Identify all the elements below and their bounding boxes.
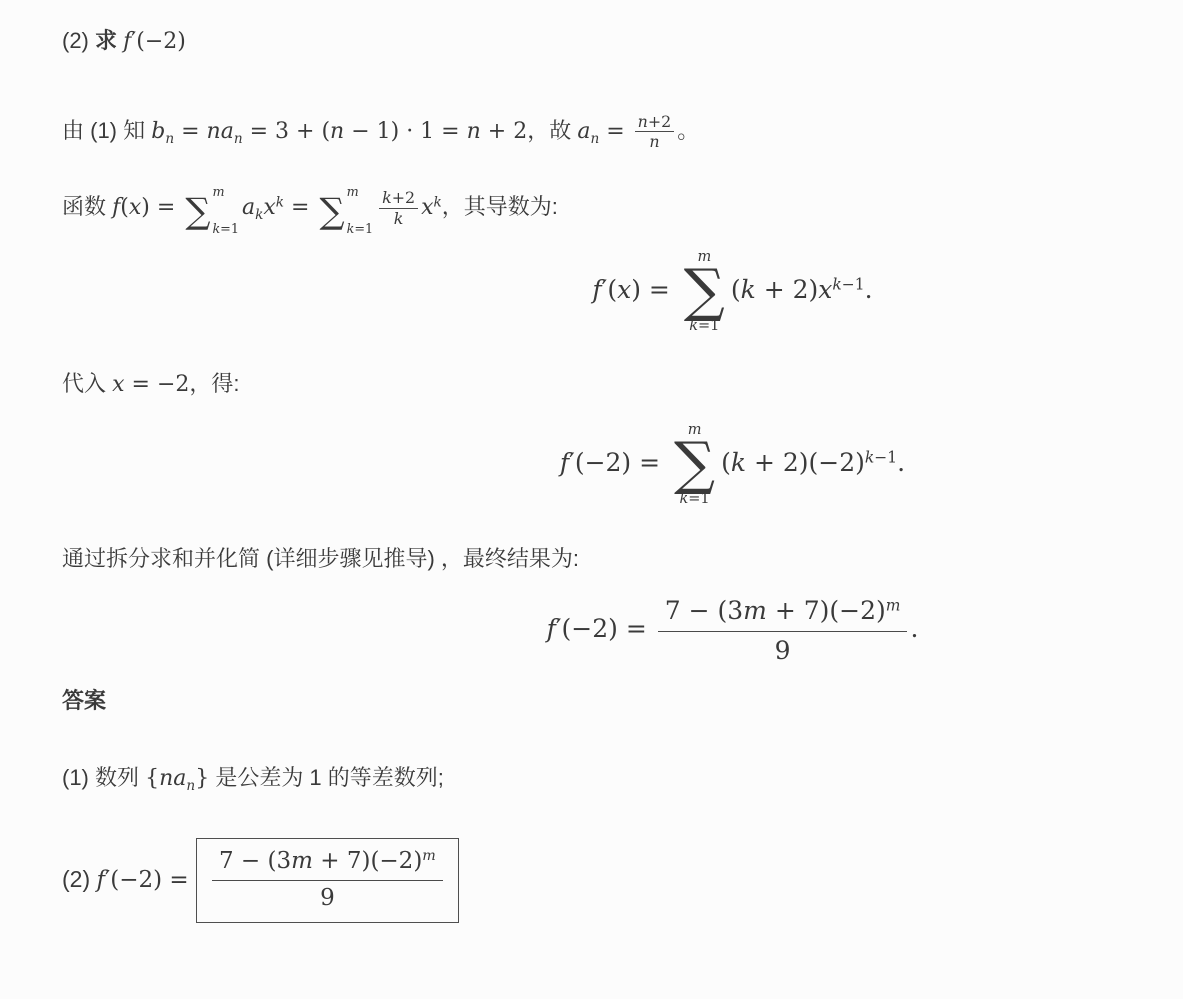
- sigma-icon: ∑: [185, 194, 210, 229]
- math-token: k: [832, 276, 841, 294]
- formula-lhs: f′(x) =: [592, 276, 677, 304]
- inline-sum-2: ∑mk=1: [319, 185, 373, 239]
- math-token: m: [291, 848, 313, 874]
- fraction-denominator: 9: [212, 881, 443, 913]
- math-token: a: [242, 195, 255, 220]
- math-token: ′(−2): [131, 29, 186, 54]
- math-token: na: [207, 119, 234, 144]
- math-token: +2: [648, 112, 671, 131]
- function-definition-mid2: xk: [421, 194, 442, 219]
- fraction-numerator: n+2: [635, 113, 675, 133]
- sigma-icon: ∑: [674, 438, 715, 491]
- math-token: ′(: [602, 275, 617, 304]
- sigma-icon: ∑: [684, 265, 725, 318]
- math-token: =1: [354, 222, 373, 237]
- math-token: f: [97, 867, 106, 893]
- fraction-denominator: k: [379, 209, 418, 228]
- math-token: k: [689, 318, 698, 334]
- math-token: 7 − (3: [219, 848, 291, 874]
- sum-limits: mk=1: [347, 185, 374, 239]
- math-token: (2): [62, 866, 97, 892]
- math-token: f: [560, 448, 569, 477]
- math-token: x: [263, 195, 275, 220]
- math-token: =1: [698, 318, 719, 334]
- fraction-denominator: n: [635, 132, 675, 151]
- solution-document: { "colors": { "background": "#fcfcfc", "…: [0, 0, 1183, 999]
- math-token: x: [112, 372, 124, 397]
- math-token: x: [421, 195, 433, 220]
- math-token: + 7)(−2): [313, 848, 422, 874]
- sigma-icon: ∑: [319, 194, 344, 229]
- display-sum: m∑k=1: [684, 249, 725, 335]
- step-bn-derivation-line: 由 (1) 知 bn = nan = 3 + (n − 1) · 1 = n +…: [62, 113, 1183, 151]
- math-token: k: [382, 188, 392, 207]
- inline-sum-1: ∑mk=1: [185, 185, 239, 239]
- math-token: a: [577, 119, 590, 144]
- simplify-note-text: 通过拆分求和并化简 (详细步骤见推导) ，最终结果为:: [62, 546, 579, 571]
- sum-lower-limit: k=1: [679, 491, 709, 508]
- fprime-result-formula: f′(−2) = 7 − (3m + 7)(−2)m9.: [62, 596, 1183, 666]
- result-fraction: 7 − (3m + 7)(−2)m9: [658, 596, 908, 666]
- math-token: =1: [220, 222, 239, 237]
- math-token: 代入: [62, 371, 112, 396]
- math-token: m: [212, 185, 224, 200]
- math-token: ′(−2) =: [556, 614, 655, 643]
- formula-rhs: (k + 2)xk−1.: [731, 276, 873, 304]
- math-token: f: [547, 614, 556, 643]
- derivative-formula: f′(x) = m∑k=1(k + 2)xk−1.: [62, 249, 1183, 335]
- function-definition-mid: akxk =: [242, 194, 317, 219]
- fraction-numerator: 7 − (3m + 7)(−2)m: [658, 596, 908, 632]
- simplify-note-line: 通过拆分求和并化简 (详细步骤见推导) ，最终结果为:: [62, 544, 1183, 574]
- formula-lhs: f′(−2) =: [560, 449, 668, 477]
- math-token: .: [865, 275, 873, 304]
- math-token: ) =: [631, 275, 678, 304]
- math-token: x: [818, 275, 832, 304]
- math-token: =: [599, 119, 631, 144]
- math-token: n: [234, 131, 243, 147]
- math-token: + 2: [481, 119, 527, 144]
- math-token: m: [743, 596, 767, 625]
- answer-1-line: (1) 数列 {nan} 是公差为 1 的等差数列;: [62, 763, 1183, 796]
- math-token: n: [590, 131, 599, 147]
- math-token: k: [865, 449, 874, 467]
- math-token: ，得:: [189, 371, 239, 396]
- math-token: k: [394, 209, 404, 228]
- sum-upper-limit: m: [347, 187, 374, 200]
- math-token: =: [174, 119, 206, 144]
- math-token: 由 (1) 知: [62, 118, 151, 143]
- math-token: m: [886, 596, 901, 614]
- boxed-answer: 7 − (3m + 7)(−2)m9: [196, 838, 459, 923]
- bn-derivation-text: 由 (1) 知 bn = nan = 3 + (n − 1) · 1 = n +…: [62, 118, 632, 143]
- math-token: k: [433, 195, 441, 211]
- math-token: k: [212, 222, 220, 237]
- math-token: }: [195, 766, 209, 791]
- math-token: .: [897, 448, 905, 477]
- sum-lower-limit: k=1: [212, 224, 239, 237]
- formula-period: .: [910, 615, 918, 643]
- an-fraction: n+2n: [635, 113, 675, 151]
- sum-lower-limit: k=1: [347, 224, 374, 237]
- math-token: (: [721, 448, 731, 477]
- math-token: +2: [392, 188, 415, 207]
- math-token: 求: [95, 28, 117, 53]
- math-token: k: [276, 195, 284, 211]
- math-token: n: [165, 131, 174, 147]
- function-definition-start: 函数 f(x) =: [62, 194, 182, 219]
- sum-upper-limit: m: [212, 187, 239, 200]
- math-token: + 2)(−2): [746, 448, 865, 477]
- math-token: + 2): [756, 275, 819, 304]
- math-token: (: [120, 195, 129, 220]
- formula-lhs: f′(−2) =: [547, 615, 655, 643]
- math-token: .: [910, 614, 918, 643]
- answer-2-line: (2) f′(−2) = 7 − (3m + 7)(−2)m9: [62, 838, 1183, 923]
- math-token: (2): [62, 28, 95, 53]
- math-token: + 7)(−2): [767, 596, 886, 625]
- math-token: ，故: [527, 118, 577, 143]
- math-token: n: [186, 778, 195, 794]
- fprime-sum-formula: f′(−2) = m∑k=1(k + 2)(−2)k−1.: [62, 422, 1183, 508]
- math-token: (1) 数列: [62, 765, 145, 790]
- math-token: =1: [688, 491, 709, 507]
- part2-question-line: (2) 求 f′(−2): [62, 26, 1183, 57]
- math-token: n: [638, 112, 648, 131]
- math-token: −1: [842, 276, 865, 294]
- part2-question-text: (2) 求 f′(−2): [62, 28, 186, 53]
- math-token: 9: [320, 885, 335, 911]
- answer-1-text: (1) 数列 {nan} 是公差为 1 的等差数列;: [62, 765, 444, 790]
- math-token: m: [422, 848, 436, 864]
- math-token: − 1) · 1 =: [344, 119, 466, 144]
- math-token: = −2: [125, 372, 190, 397]
- math-token: k: [731, 448, 746, 477]
- math-token: m: [347, 185, 359, 200]
- display-sum: m∑k=1: [674, 422, 715, 508]
- math-token: {: [145, 766, 159, 791]
- bn-derivation-end: 。: [677, 118, 699, 143]
- math-token: ) =: [141, 195, 182, 220]
- math-token: (: [731, 275, 741, 304]
- math-token: 7 − (3: [665, 596, 743, 625]
- function-definition-end: ，其导数为:: [442, 194, 558, 219]
- math-token: b: [151, 119, 165, 144]
- math-token: =: [284, 195, 316, 220]
- math-token: ，其导数为:: [442, 194, 558, 219]
- result-fraction: 7 − (3m + 7)(−2)m9: [212, 848, 443, 913]
- math-token: n: [467, 119, 481, 144]
- math-token: 函数: [62, 194, 112, 219]
- math-token: x: [129, 195, 141, 220]
- fraction-denominator: 9: [658, 632, 908, 666]
- math-token: na: [159, 766, 186, 791]
- math-token: −1: [874, 449, 897, 467]
- function-definition-line: 函数 f(x) = ∑mk=1akxk = ∑mk=1k+2kxk，其导数为:: [62, 185, 1183, 239]
- math-token: k: [741, 275, 756, 304]
- answer-2-lhs: (2) f′(−2) =: [62, 866, 196, 892]
- math-token: k: [679, 491, 688, 507]
- math-token: ′(−2) =: [105, 867, 196, 893]
- math-token: n: [649, 132, 659, 151]
- math-token: = 3 + (: [243, 119, 330, 144]
- answer-heading: 答案: [62, 686, 1183, 716]
- coefficient-fraction: k+2k: [379, 189, 418, 227]
- math-token: f: [592, 275, 601, 304]
- math-token: 是公差为 1 的等差数列;: [209, 765, 444, 790]
- sum-lower-limit: k=1: [689, 318, 719, 335]
- answer-heading-text: 答案: [62, 688, 106, 713]
- substitute-text: 代入 x = −2，得:: [62, 371, 240, 396]
- fraction-numerator: k+2: [379, 189, 418, 209]
- math-token: 通过拆分求和并化简 (详细步骤见推导) ，最终结果为:: [62, 546, 579, 571]
- formula-rhs: (k + 2)(−2)k−1.: [721, 449, 905, 477]
- math-token: n: [330, 119, 344, 144]
- fraction-numerator: 7 − (3m + 7)(−2)m: [212, 848, 443, 882]
- math-token: 9: [775, 636, 791, 665]
- math-token: 。: [677, 118, 699, 143]
- substitute-line: 代入 x = −2，得:: [62, 369, 1183, 400]
- math-token: ′(−2) =: [569, 448, 668, 477]
- math-token: x: [617, 275, 631, 304]
- sum-limits: mk=1: [212, 185, 239, 239]
